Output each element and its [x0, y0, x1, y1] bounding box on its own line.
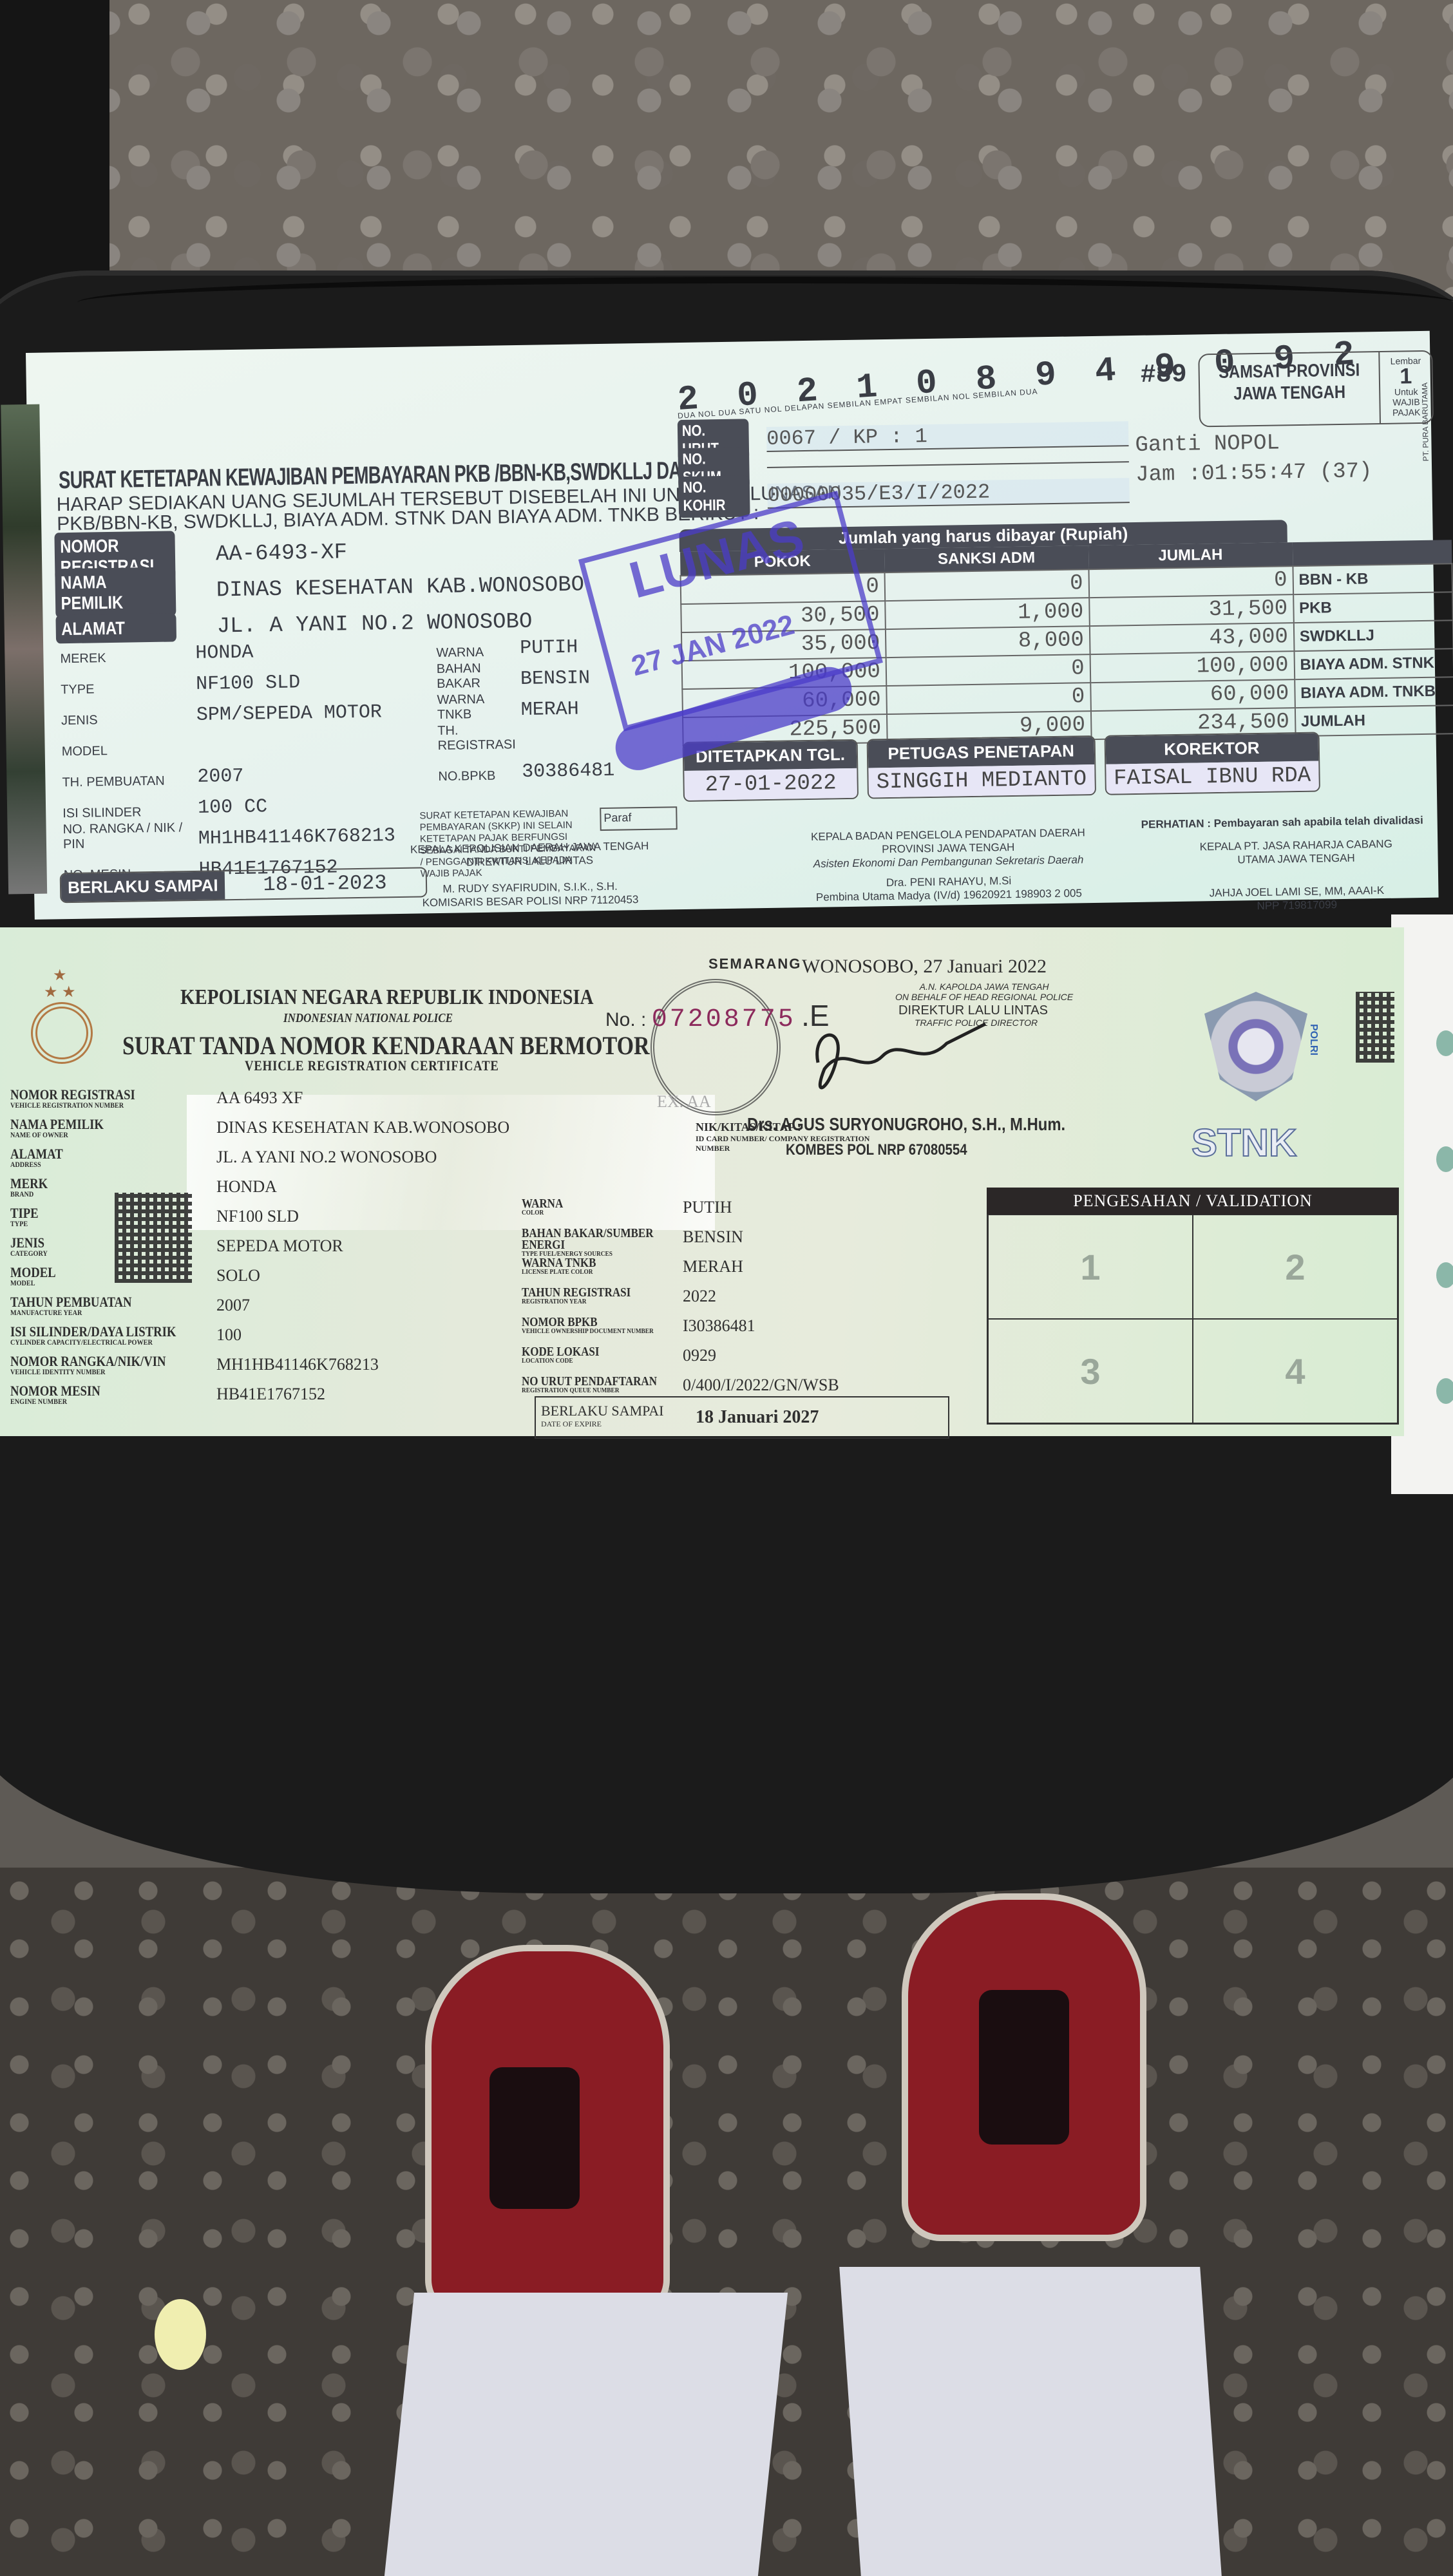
stnk-field-label: ALAMATADDRESS — [10, 1148, 185, 1168]
stnk-field-label: MODELMODEL — [10, 1266, 185, 1287]
vehicle-label: NO.BPKB — [438, 768, 522, 784]
skkp-valid-until: BERLAKU SAMPAI 18-01-2023 — [60, 867, 427, 903]
vehicle-value: MH1HB41146K768213 — [198, 825, 396, 850]
stnk-field-value: HONDA — [216, 1177, 277, 1197]
vehicle-value: NF100 SLD — [196, 672, 301, 696]
field-label-en: ADDRESS — [10, 1160, 185, 1168]
vehicle-label: JENIS — [61, 712, 196, 728]
stnk-field-label: WARNACOLOR — [522, 1198, 659, 1227]
stnk-field-row: BAHAN BAKAR/SUMBER ENERGITYPE FUEL/ENERG… — [522, 1227, 973, 1257]
vehicle-value: HONDA — [195, 642, 254, 665]
stnk-field-row: NAMA PEMILIKNAME OF OWNERDINAS KESEHATAN… — [10, 1118, 654, 1148]
stnk-field-value: 0929 — [683, 1346, 716, 1376]
stnk-field-value: 100 — [216, 1325, 242, 1345]
vehicle-row: ISI SILINDER100 CC — [62, 784, 424, 821]
stnk-field-label: ISI SILINDER/DAYA LISTRIKCYLINDER CAPACI… — [10, 1325, 185, 1346]
payment-cell-label: BIAYA ADM. TNKB — [1295, 677, 1453, 708]
stnk-field-label: KODE LOKASILOCATION CODE — [522, 1346, 659, 1376]
left-white-trouser — [385, 2293, 788, 2576]
no-urut-value: 0067 / KP : 1 — [766, 421, 1129, 452]
korektor-value: FAISAL IBNU RDA — [1106, 761, 1319, 794]
column-header: JUMLAH — [1088, 542, 1293, 569]
stnk-field-value: AA 6493 XF — [216, 1088, 303, 1108]
signatory-bapenda: KEPALA BADAN PENGELOLA PENDAPATAN DAERAH… — [800, 826, 1097, 904]
vehicle-label: WARNA — [436, 645, 520, 661]
on-behalf-en: ON BEHALF OF HEAD REGIONAL POLICE — [895, 992, 1073, 1002]
police-badge-icon — [1204, 992, 1307, 1101]
payment-cell-sanksi: 8,000 — [886, 626, 1090, 658]
stnk-field-label: NOMOR BPKBVEHICLE OWNERSHIP DOCUMENT NUM… — [522, 1316, 659, 1346]
stnk-expiry: BERLAKU SAMPAI DATE OF EXPIRE 18 Januari… — [535, 1396, 949, 1439]
stnk-field-label: JENISCATEGORY — [10, 1236, 185, 1257]
payment-cell-sanksi: 0 — [885, 569, 1089, 601]
petugas-label: PETUGAS PENETAPAN — [868, 737, 1094, 768]
expiry-label-en: DATE OF EXPIRE — [541, 1417, 696, 1430]
stnk-field-label: NAMA PEMILIKNAME OF OWNER — [10, 1118, 185, 1139]
vehicle-label: BAHAN BAKAR — [437, 661, 521, 692]
payment-cell-jumlah: 100,000 — [1090, 651, 1295, 683]
field-label-en: COLOR — [522, 1209, 659, 1217]
stnk-fields-right: WARNACOLORPUTIHBAHAN BAKAR/SUMBER ENERGI… — [522, 1198, 973, 1405]
owner-value: DINAS KESEHATAN KAB.WONOSOBO — [216, 573, 585, 603]
stnk-field-value: JL. A YANI NO.2 WONOSOBO — [216, 1148, 437, 1167]
stnk-field-label: WARNA TNKBLICENSE PLATE COLOR — [522, 1257, 659, 1287]
expiry-label: BERLAKU SAMPAI DATE OF EXPIRE — [536, 1405, 696, 1430]
stnk-field-value: PUTIH — [683, 1198, 732, 1227]
field-label-en: CATEGORY — [10, 1249, 185, 1257]
vehicle-row: TYPENF100 SLD — [61, 661, 422, 697]
stnk-field-value: NF100 SLD — [216, 1207, 299, 1226]
validation-cell: 1 — [988, 1215, 1193, 1319]
logo-polri-text: POLRI — [1307, 1024, 1319, 1056]
vehicle-row: JENISSPM/SEPEDA MOTOR — [61, 692, 422, 728]
stnk-field-label: TAHUN PEMBUATANMANUFACTURE YEAR — [10, 1296, 185, 1316]
validation-cell: 2 — [1193, 1215, 1398, 1319]
stnk-field-row: KODE LOKASILOCATION CODE0929 — [522, 1346, 973, 1376]
assessment-boxes: DITETAPKAN TGL. 27-01-2022 PETUGAS PENET… — [683, 732, 1320, 802]
stnk-field-row: NOMOR REGISTRASIVEHICLE REGISTRATION NUM… — [10, 1088, 654, 1118]
vehicle-row: TH. PEMBUATAN2007 — [62, 753, 423, 790]
vehicle-details-left: MEREKHONDA TYPENF100 SLD JENISSPM/SEPEDA… — [60, 630, 424, 883]
expiry-value: 18 Januari 2027 — [696, 1407, 819, 1428]
stnk-field-label: MERKBRAND — [10, 1177, 185, 1198]
payment-notice: PERHATIAN : Pembayaran sah apabila telah… — [1141, 814, 1423, 831]
petugas-box: PETUGAS PENETAPAN SINGGIH MEDIANTO — [867, 735, 1096, 799]
validation-cell: 4 — [1193, 1319, 1398, 1423]
stnk-field-label: TIPETYPE — [10, 1207, 185, 1227]
validation-grid: 1 2 3 4 — [987, 1215, 1399, 1425]
expiry-label-id: BERLAKU SAMPAI — [541, 1403, 664, 1419]
on-behalf-id: A.N. KAPOLDA JAWA TENGAH — [895, 981, 1073, 992]
signatory-title: KEPALA PT. JASA RAHARJA CABANG UTAMA JAW… — [1180, 837, 1412, 867]
lembar-note: Untuk WAJIB PAJAK — [1392, 386, 1421, 418]
signature-icon — [805, 1018, 998, 1108]
vehicle-row: MODEL — [61, 723, 423, 759]
payment-cell-label: BBN - KB — [1293, 563, 1452, 594]
valid-until-label: BERLAKU SAMPAI — [61, 871, 225, 902]
stnk-field-label: NOMOR REGISTRASIVEHICLE REGISTRATION NUM… — [10, 1088, 185, 1109]
print-note: Ganti NOPOL Jam :01:55:47 (37) — [1135, 427, 1372, 490]
samsat-label: SAMSAT PROVINSI JAWA TENGAH — [1213, 352, 1366, 426]
stnk-field-value: HB41E1767152 — [216, 1385, 325, 1404]
stnk-field-row: WARNACOLORPUTIH — [522, 1198, 973, 1227]
vehicle-value: MERAH — [521, 699, 580, 721]
stnk-field-value: BENSIN — [683, 1227, 743, 1257]
place-date: WONOSOBO, 27 Januari 2022 — [802, 956, 1047, 978]
stnk-field-label: TAHUN REGISTRASIREGISTRATION YEAR — [522, 1287, 659, 1316]
nik-label-en: ID CARD NUMBER/ COMPANY REGISTRATION NUM… — [696, 1134, 889, 1153]
vehicle-value: 2007 — [197, 766, 244, 788]
vehicle-label: TYPE — [61, 681, 196, 697]
nik-label-id: NIK/KITAS/KITAP : — [696, 1121, 889, 1134]
right-white-trouser — [839, 2267, 1222, 2576]
payment-cell-jumlah: 31,500 — [1089, 594, 1294, 626]
stnk-field-value: DINAS KESEHATAN KAB.WONOSOBO — [216, 1118, 509, 1137]
vehicle-label: ISI SILINDER — [62, 804, 198, 821]
stnk-number: No. : 07208775 .E — [605, 998, 830, 1034]
right-red-shoe — [902, 1893, 1146, 2241]
vehicle-row: NO. RANGKA / NIK / PINMH1HB41146K768213 — [62, 815, 424, 852]
payment-cell-sanksi: 1,000 — [885, 598, 1089, 629]
no-kohir-row: NO. KOHIR00000035/E3/I/2022 — [678, 476, 1130, 511]
note-line-1: Ganti NOPOL — [1135, 427, 1372, 460]
vehicle-label: MEREK — [60, 650, 195, 667]
stnk-field-label: BAHAN BAKAR/SUMBER ENERGITYPE FUEL/ENERG… — [522, 1227, 659, 1257]
validation-cell: 3 — [988, 1319, 1193, 1423]
signatory-jasa-raharja: KEPALA PT. JASA RAHARJA CABANG UTAMA JAW… — [1180, 837, 1413, 914]
stnk-number-label: No. : — [605, 1009, 646, 1030]
left-red-shoe — [425, 1945, 670, 2318]
stnk-field-value: SOLO — [216, 1266, 260, 1285]
paraf-box: Paraf — [600, 806, 678, 831]
vehicle-label: TH. REGISTRASI — [437, 723, 522, 753]
stnk-field-value: SEPEDA MOTOR — [216, 1236, 343, 1256]
owner-label: NAMA PEMILIK — [55, 567, 176, 618]
payment-cell-label: BIAYA ADM. STNK — [1294, 649, 1453, 679]
stnk-field-value: 2007 — [216, 1296, 250, 1315]
stnk-org: KEPOLISIAN NEGARA REPUBLIK INDONESIA — [180, 985, 594, 1010]
qr-code-icon — [1356, 992, 1394, 1063]
stnk-field-label: NOMOR MESINENGINE NUMBER — [10, 1385, 185, 1405]
vehicle-value: 100 CC — [198, 796, 268, 819]
stnk-logo: POLRI STNK — [1179, 979, 1333, 1172]
on-behalf: A.N. KAPOLDA JAWA TENGAH ON BEHALF OF HE… — [895, 981, 1073, 1002]
payment-cell-sanksi: 0 — [886, 654, 1090, 686]
stnk-field-value: I30386481 — [683, 1316, 755, 1346]
field-label-en: VEHICLE OWNERSHIP DOCUMENT NUMBER — [522, 1328, 659, 1335]
stnk-number-value: 07208775 — [652, 1005, 796, 1034]
stnk-field-value: MERAH — [683, 1257, 743, 1287]
printed-city: SEMARANG — [708, 956, 801, 972]
vehicle-label: WARNA TNKB — [437, 692, 521, 723]
signatory-police: KEPALA KEPOLISIAN DAERAH JAWA TENGAH DIR… — [394, 839, 666, 911]
stnk-document: ★ ★ ★ KEPOLISIAN NEGARA REPUBLIK INDONES… — [0, 927, 1404, 1436]
signatory-title: KEPALA BADAN PENGELOLA PENDAPATAN DAERAH… — [800, 826, 1097, 857]
korektor-label: KOREKTOR — [1105, 734, 1318, 764]
ex-plate: EX. AA — [657, 1092, 711, 1112]
vehicle-label: NO. RANGKA / NIK / PIN — [62, 820, 198, 852]
lembar-number: 1 — [1380, 366, 1432, 387]
document-stub — [1, 404, 47, 895]
skkp-number-code: #89 — [1140, 361, 1187, 390]
stnk-title-en: VEHICLE REGISTRATION CERTIFICATE — [245, 1057, 499, 1074]
nik-label: NIK/KITAS/KITAP : ID CARD NUMBER/ COMPAN… — [696, 1121, 889, 1153]
note-line-2: Jam :01:55:47 (37) — [1135, 457, 1372, 490]
column-header: SANKSI ADM — [884, 545, 1088, 573]
field-label-en: VEHICLE REGISTRATION NUMBER — [10, 1101, 185, 1109]
vehicle-value: SPM/SEPEDA MOTOR — [196, 701, 383, 726]
ditetapkan-value: 27-01-2022 — [684, 768, 857, 800]
payment-cell-sanksi: 0 — [886, 683, 1090, 714]
signatory-title: KEPALA KEPOLISIAN DAERAH JAWA TENGAH DIR… — [394, 839, 665, 871]
column-header-empty — [1293, 540, 1452, 566]
vehicle-row: MEREKHONDA — [60, 630, 421, 667]
lembar-box: Lembar 1 Untuk WAJIB PAJAK — [1378, 352, 1432, 423]
payment-cell-jumlah: 43,000 — [1090, 623, 1295, 654]
stnk-field-row: WARNA TNKBLICENSE PLATE COLORMERAH — [522, 1257, 973, 1287]
validation-header: PENGESAHAN / VALIDATION — [987, 1188, 1399, 1215]
field-label-en: LICENSE PLATE COLOR — [522, 1269, 659, 1276]
police-emblem-icon: ★ ★ ★ — [26, 966, 97, 1063]
payment-cell-label: SWDKLLJ — [1294, 620, 1453, 651]
stnk-title: SURAT TANDA NOMOR KENDARAAN BERMOTOR — [122, 1030, 650, 1061]
petugas-value: SINGGIH MEDIANTO — [868, 764, 1094, 797]
no-kohir-label: NO. KOHIR — [678, 475, 750, 518]
stnk-field-label: NOMOR RANGKA/NIK/VINVEHICLE IDENTITY NUM… — [10, 1355, 185, 1376]
director-title: DIREKTUR LALU LINTAS — [898, 1003, 1048, 1018]
stnk-field-value: 2022 — [683, 1287, 716, 1316]
skkp-document: PT. PURA BARUTAMA SURAT KETETAPAN KEWAJI… — [26, 331, 1439, 920]
stnk-field-row: TAHUN REGISTRASIREGISTRATION YEAR2022 — [522, 1287, 973, 1316]
korektor-box: KOREKTOR FAISAL IBNU RDA — [1104, 732, 1320, 795]
vehicle-value: 30386481 — [522, 760, 615, 783]
stnk-field-row: ALAMATADDRESSJL. A YANI NO.2 WONOSOBO — [10, 1148, 654, 1177]
logo-stnk-text: STNK — [1192, 1121, 1296, 1165]
owner-value: AA-6493-XF — [216, 540, 348, 567]
stnk-org-en: INDONESIAN NATIONAL POLICE — [283, 1011, 453, 1026]
validation-table: PENGESAHAN / VALIDATION 1 2 3 4 — [987, 1188, 1399, 1425]
payment-cell-jumlah: 0 — [1088, 566, 1293, 598]
vehicle-label: TH. PEMBUATAN — [62, 773, 197, 790]
no-skum-value — [767, 461, 1129, 468]
stnk-field-value: MH1HB41146K768213 — [216, 1355, 379, 1374]
vehicle-label: MODEL — [62, 743, 197, 759]
reference-numbers: NO. URUT0067 / KP : 1 NO. SKUM NO. KOHIR… — [678, 419, 1130, 511]
field-label-id: BAHAN BAKAR/SUMBER ENERGI — [522, 1226, 653, 1252]
vehicle-value: PUTIH — [520, 637, 578, 659]
vehicle-value: BENSIN — [520, 667, 591, 690]
lunas-stamp-date: 27 JAN 2022 — [628, 609, 797, 683]
fallen-leaf — [155, 2299, 206, 2370]
payment-cell-jumlah: 60,000 — [1090, 679, 1295, 711]
stnk-field-row: NOMOR BPKBVEHICLE OWNERSHIP DOCUMENT NUM… — [522, 1316, 973, 1346]
samsat-box: SAMSAT PROVINSI JAWA TENGAH Lembar 1 Unt… — [1198, 350, 1434, 428]
payment-cell-label: PKB — [1293, 592, 1453, 623]
